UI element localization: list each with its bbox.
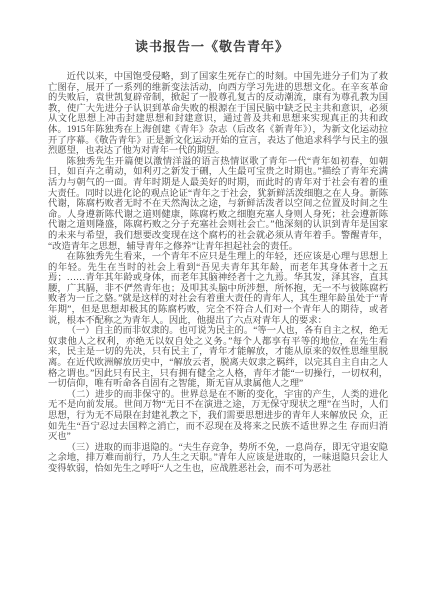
paragraph: （三）进取的而非退隐的。“夫生存竞争，势所不免，一息尚存，即无守退安隐之余地，排… bbox=[48, 443, 388, 475]
document-page: 读书报告一《敬告青年》 近代以来，中国饱受侵略，到了国家生死存亡的时刻。中国先进… bbox=[0, 0, 424, 600]
paragraph: 在陈独秀先生看来，一个青年不应只是生理上的年轻，还应该是心理与思想上的年轻。先生… bbox=[48, 252, 388, 326]
paragraph: 近代以来，中国饱受侵略，到了国家生死存亡的时刻。中国先进分子们为了救亡图存，展开… bbox=[48, 72, 388, 157]
document-body: 近代以来，中国饱受侵略，到了国家生死存亡的时刻。中国先进分子们为了救亡图存，展开… bbox=[48, 72, 388, 475]
page-title: 读书报告一《敬告青年》 bbox=[0, 0, 424, 55]
paragraph: 陈独秀先生开篇便以激情洋溢的语言热情讴歌了青年一代“青年如初春，如朝日，如百卉之… bbox=[48, 157, 388, 252]
paragraph: （一）自主的而非奴隶的。也可说为民主的。“等一人也，各有自主之权，绝无奴隶他人之… bbox=[48, 326, 388, 390]
paragraph: （二）进步的而非保守的。世界总是在不断的变化，宇宙的产生，人类的进化无不是向前发… bbox=[48, 390, 388, 443]
